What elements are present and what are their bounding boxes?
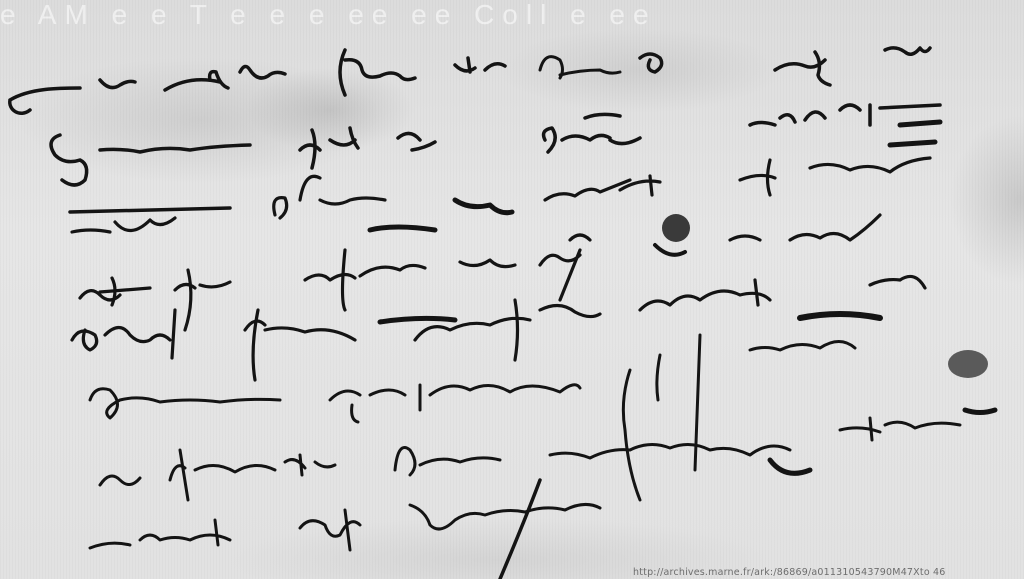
ink-blot [948, 350, 988, 378]
ink-blot [662, 214, 690, 242]
archive-url-watermark: http://archives.marne.fr/ark:/86869/a011… [633, 567, 946, 578]
manuscript-page: e AM e e T e e e ee ee Coll e ee [0, 0, 1024, 579]
script-line-8 [90, 480, 600, 579]
strikethrough [70, 208, 230, 212]
script-line-1 [10, 48, 930, 113]
script-line-4 [80, 215, 880, 330]
script-line-3 [70, 142, 935, 232]
script-line-5 [72, 276, 925, 380]
script-line-6 [90, 335, 855, 500]
script-line-2 [51, 105, 940, 185]
script-line-7 [100, 410, 995, 500]
handwriting-ink [0, 0, 1024, 579]
